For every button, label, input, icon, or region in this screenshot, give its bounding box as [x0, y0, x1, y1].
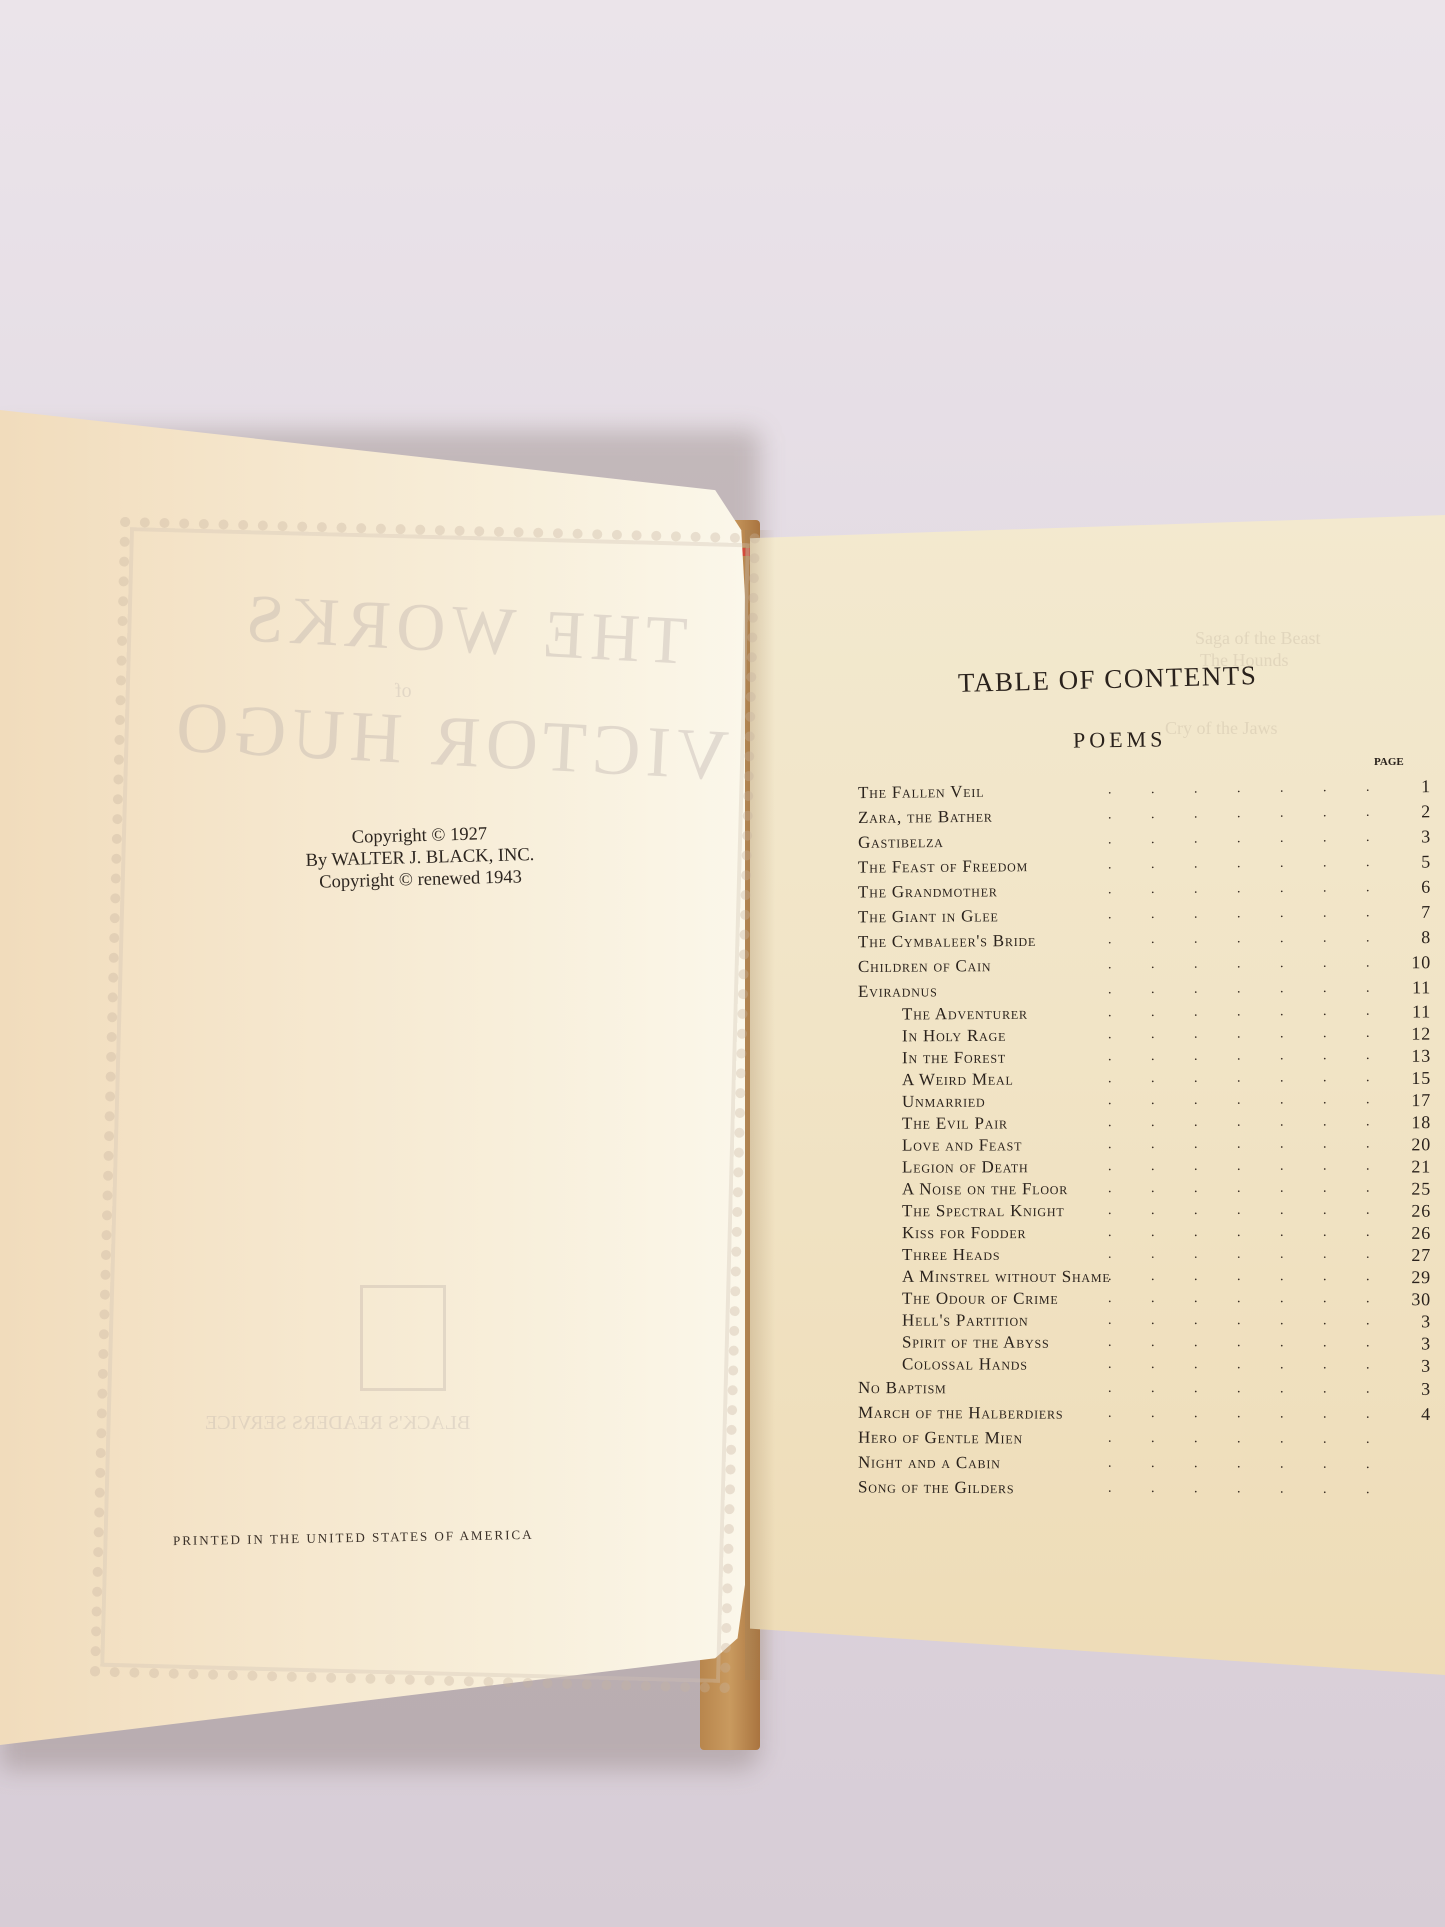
toc-entry: A Minstrel without Shame. . . . . . . . …: [858, 1266, 1445, 1288]
leader-dots: . . . . . . . . . . . .: [1108, 1401, 1378, 1427]
leader-dots: . . . . . . . . . . . .: [1108, 1288, 1378, 1310]
leader-dots: . . . . . . . . . . . .: [1108, 925, 1378, 952]
leader-dots: . . . . . . . . . . . .: [1108, 1001, 1378, 1025]
toc-entry: Night and a Cabin. . . . . . . . . . . .: [858, 1450, 1445, 1478]
leader-dots: . . . . . . . . . . . .: [1108, 1244, 1378, 1266]
toc-entry-title: Song of the Gilders: [858, 1474, 1014, 1500]
toc-entry-title: Children of Cain: [858, 953, 991, 979]
toc-entry-page: 8: [1391, 925, 1431, 950]
toc-entry-page: 6: [1391, 875, 1431, 900]
leader-dots: . . . . . . . . . . . .: [1108, 976, 1378, 1003]
leader-dots: . . . . . . . . . . . .: [1108, 1354, 1378, 1377]
toc-entry: The Adventurer. . . . . . . . . . . .11: [858, 1000, 1445, 1025]
toc-entry-title: Unmarried: [902, 1091, 986, 1113]
toc-entry: No Baptism. . . . . . . . . . . .3: [858, 1375, 1445, 1402]
toc-entry: In Holy Rage. . . . . . . . . . . .12: [858, 1022, 1445, 1047]
leader-dots: . . . . . . . . . . . .: [1108, 1045, 1378, 1068]
leader-dots: . . . . . . . . . . . .: [1108, 1089, 1378, 1112]
toc-entry-page: 13: [1391, 1045, 1431, 1067]
leader-dots: . . . . . . . . . . . .: [1108, 900, 1378, 927]
toc-entry-page: 25: [1391, 1178, 1431, 1200]
leader-dots: . . . . . . . . . . . .: [1108, 1178, 1378, 1200]
toc-entry-title: No Baptism: [858, 1375, 947, 1400]
toc-entry-title: Legion of Death: [902, 1156, 1029, 1178]
toc-entry-page: 15: [1391, 1067, 1431, 1089]
toc-entry-page: 3: [1391, 1310, 1431, 1332]
toc-entry-page: 3: [1391, 1355, 1431, 1377]
toc-entry-page: 21: [1391, 1155, 1431, 1177]
copyright-notice: Copyright © 1927 By WALTER J. BLACK, INC…: [249, 821, 591, 896]
leader-dots: . . . . . . . . . . . .: [1108, 800, 1378, 828]
leader-dots: . . . . . . . . . . . .: [1108, 875, 1378, 902]
toc-entry-title: Hell's Partition: [902, 1310, 1028, 1332]
toc-entry: Eviradnus. . . . . . . . . . . .11: [858, 975, 1445, 1004]
toc-entry: Song of the Gilders. . . . . . . . . . .…: [858, 1474, 1445, 1502]
toc-entry-title: Zara, the Bather: [858, 804, 993, 830]
toc-entry-page: 2: [1391, 799, 1431, 824]
leader-dots: . . . . . . . . . . . .: [1108, 1266, 1378, 1288]
toc-entry: Kiss for Fodder. . . . . . . . . . . .26: [858, 1222, 1445, 1244]
leader-dots: . . . . . . . . . . . .: [1108, 951, 1378, 978]
toc-section-heading: POEMS: [1073, 726, 1167, 753]
leader-dots: . . . . . . . . . . . .: [1108, 1426, 1378, 1452]
toc-entry-title: Three Heads: [902, 1244, 1000, 1266]
toc-entry-page: 27: [1391, 1244, 1431, 1266]
toc-entry-page: 4: [1391, 1402, 1431, 1427]
toc-entry-title: A Noise on the Floor: [902, 1178, 1068, 1200]
toc-entry-title: Kiss for Fodder: [902, 1222, 1026, 1244]
toc-entry-title: A Weird Meal: [902, 1069, 1014, 1091]
toc-entry-page: 7: [1391, 900, 1431, 925]
toc-entry-page: 10: [1391, 950, 1431, 975]
toc-list: The Fallen Veil. . . . . . . . . . . .1Z…: [858, 777, 1445, 1501]
toc-entry-page: 18: [1391, 1111, 1431, 1133]
toc-entry-title: March of the Halberdiers: [858, 1400, 1063, 1426]
toc-entry-page: 12: [1391, 1023, 1431, 1045]
toc-entry: Legion of Death. . . . . . . . . . . .21: [858, 1155, 1445, 1178]
leader-dots: . . . . . . . . . . . .: [1108, 1476, 1378, 1502]
leader-dots: . . . . . . . . . . . .: [1108, 1332, 1378, 1355]
toc-entry: Colossal Hands. . . . . . . . . . . .3: [858, 1353, 1445, 1377]
toc-entry-title: Eviradnus: [858, 978, 938, 1003]
toc-entry-title: A Minstrel without Shame: [902, 1266, 1111, 1288]
toc-entry-page: 20: [1391, 1133, 1431, 1155]
toc-entry: Three Heads. . . . . . . . . . . .27: [858, 1244, 1445, 1266]
leader-dots: . . . . . . . . . . . .: [1108, 850, 1378, 877]
toc-entry: A Weird Meal. . . . . . . . . . . .15: [858, 1067, 1445, 1092]
toc-entry: March of the Halberdiers. . . . . . . . …: [858, 1400, 1445, 1427]
toc-entry-title: In Holy Rage: [902, 1025, 1006, 1048]
toc-entry: In the Forest. . . . . . . . . . . .13: [858, 1045, 1445, 1070]
bleed-through-line: Cry of the Jaws: [1165, 718, 1277, 739]
toc-entry-page: 3: [1391, 824, 1431, 849]
toc-entry: The Odour of Crime. . . . . . . . . . . …: [858, 1288, 1445, 1311]
toc-entry: The Evil Pair. . . . . . . . . . . .18: [858, 1111, 1445, 1135]
toc-entry-title: Spirit of the Abyss: [902, 1331, 1049, 1353]
toc-entry-page: 11: [1391, 1000, 1431, 1022]
leader-dots: . . . . . . . . . . . .: [1108, 1156, 1378, 1179]
toc-entry-page: 3: [1391, 1332, 1431, 1354]
toc-entry: Spirit of the Abyss. . . . . . . . . . .…: [858, 1331, 1445, 1354]
toc-entry: Hell's Partition. . . . . . . . . . . .3: [858, 1310, 1445, 1333]
toc-entry-page: 26: [1391, 1200, 1431, 1222]
leader-dots: . . . . . . . . . . . .: [1108, 1111, 1378, 1134]
leader-dots: . . . . . . . . . . . .: [1108, 1133, 1378, 1156]
toc-entry: Unmarried. . . . . . . . . . . .17: [858, 1089, 1445, 1113]
leader-dots: . . . . . . . . . . . .: [1108, 1067, 1378, 1090]
leader-dots: . . . . . . . . . . . .: [1108, 1310, 1378, 1332]
toc-entry-title: Love and Feast: [902, 1134, 1022, 1156]
toc-entry-page: 5: [1391, 850, 1431, 875]
toc-entry-title: The Feast of Freedom: [858, 853, 1028, 880]
toc-entry-page: 29: [1391, 1266, 1431, 1288]
toc-entry-page: 17: [1391, 1089, 1431, 1111]
toc-entry-page: 30: [1391, 1288, 1431, 1310]
bleed-through-line: Saga of the Beast: [1195, 628, 1320, 649]
bleed-through-publisher: BLACK'S READERS SERVICE: [205, 1412, 470, 1435]
leader-dots: . . . . . . . . . . . .: [1108, 1200, 1378, 1222]
toc-entry-title: The Odour of Crime: [902, 1288, 1059, 1310]
toc-entry: Love and Feast. . . . . . . . . . . .20: [858, 1133, 1445, 1157]
leader-dots: . . . . . . . . . . . .: [1108, 775, 1378, 803]
toc-entry-title: The Evil Pair: [902, 1112, 1008, 1134]
toc-entry-title: The Fallen Veil: [858, 779, 985, 805]
toc-entry-title: The Cymbaleer's Bride: [858, 928, 1036, 954]
toc-entry-page: 26: [1391, 1222, 1431, 1244]
toc-entry: The Spectral Knight. . . . . . . . . . .…: [858, 1200, 1445, 1223]
toc-entry-page: 1: [1391, 774, 1431, 799]
toc-entry-title: Hero of Gentle Mien: [858, 1425, 1023, 1451]
leader-dots: . . . . . . . . . . . .: [1108, 825, 1378, 853]
page-column-header: PAGE: [1374, 756, 1404, 768]
toc-entry-title: In the Forest: [902, 1047, 1006, 1069]
leader-dots: . . . . . . . . . . . .: [1108, 1376, 1378, 1402]
toc-entry: Children of Cain. . . . . . . . . . . .1…: [858, 950, 1445, 979]
leader-dots: . . . . . . . . . . . .: [1108, 1451, 1378, 1477]
leader-dots: . . . . . . . . . . . .: [1108, 1023, 1378, 1046]
toc-entry-title: The Adventurer: [902, 1003, 1028, 1026]
toc-entry-title: The Grandmother: [858, 878, 998, 904]
toc-entry-title: The Spectral Knight: [902, 1200, 1065, 1222]
toc-entry-title: Colossal Hands: [902, 1353, 1028, 1375]
publisher-emblem-bleed: [360, 1285, 446, 1391]
toc-entry-page: 11: [1391, 975, 1431, 1000]
toc-entry-title: The Giant in Glee: [858, 903, 999, 929]
toc-entry-title: Gastibelza: [858, 829, 944, 855]
leader-dots: . . . . . . . . . . . .: [1108, 1222, 1378, 1244]
toc-entry-title: Night and a Cabin: [858, 1450, 1001, 1476]
toc-entry-page: 3: [1391, 1377, 1431, 1402]
toc-entry: Hero of Gentle Mien. . . . . . . . . . .…: [858, 1425, 1445, 1453]
toc-entry: A Noise on the Floor. . . . . . . . . . …: [858, 1178, 1445, 1201]
